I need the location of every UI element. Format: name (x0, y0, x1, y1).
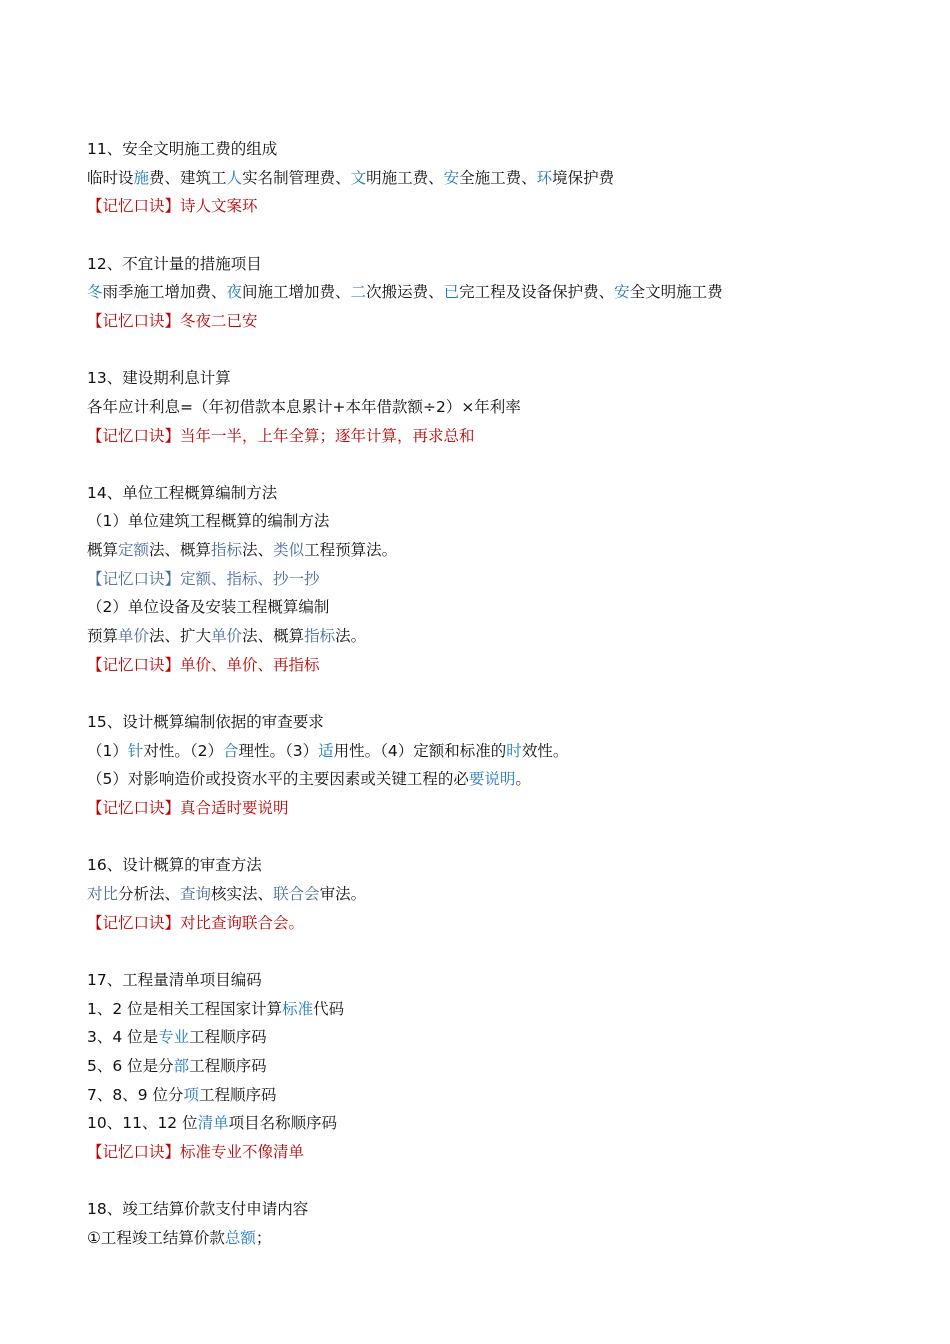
highlighted-text: 定额 (118, 541, 149, 559)
mnemonic-line: 【记忆口诀】定额、指标、抄一抄 (87, 565, 887, 594)
highlighted-text: 类似 (273, 541, 304, 559)
text-segment: 17、工程量清单项目编码 (87, 971, 262, 989)
text-segment: 10、11、12 位 (87, 1114, 198, 1132)
text-segment: 用性。（4）定额和标准的 (334, 742, 507, 760)
highlighted-text: 查询 (180, 885, 211, 903)
section-14: 14、单位工程概算编制方法（1）单位建筑工程概算的编制方法概算定额法、概算指标法… (87, 479, 887, 680)
body-line: 对比分析法、查询核实法、联合会审法。 (87, 880, 887, 909)
text-segment: 5、6 位是分 (87, 1057, 174, 1075)
body-line: 冬雨季施工增加费、夜间施工增加费、二次搬运费、已完工程及设备保护费、安全文明施工… (87, 278, 887, 307)
text-segment: 法、 (242, 541, 273, 559)
section-13: 13、建设期利息计算各年应计利息=（年初借款本息累计+本年借款额÷2）×年利率【… (87, 364, 887, 450)
text-segment: 概算 (87, 541, 118, 559)
text-segment: （5）对影响造价或投资水平的主要因素或关键工程的必 (87, 770, 469, 788)
text-segment: 15、设计概算编制依据的审查要求 (87, 713, 324, 731)
section-title: 14、单位工程概算编制方法 (87, 479, 887, 508)
text-segment: （1）单位建筑工程概算的编制方法 (87, 512, 329, 530)
text-segment: 实名制管理费、 (242, 169, 351, 187)
body-line: ①工程竣工结算价款总额； (87, 1224, 887, 1253)
body-line: 1、2 位是相关工程国家计算标准代码 (87, 995, 887, 1024)
mnemonic-line: 【记忆口诀】标准专业不像清单 (87, 1138, 887, 1167)
highlighted-text: 清单 (198, 1114, 229, 1132)
mnemonic-line: 【记忆口诀】单价、单价、再指标 (87, 651, 887, 680)
text-segment: 雨季施工增加费、 (103, 283, 227, 301)
highlighted-text: 环 (537, 169, 553, 187)
section-17: 17、工程量清单项目编码1、2 位是相关工程国家计算标准代码3、4 位是专业工程… (87, 966, 887, 1167)
section-title: 16、设计概算的审查方法 (87, 851, 887, 880)
section-title: 15、设计概算编制依据的审查要求 (87, 708, 887, 737)
mnemonic-text: 【记忆口诀】当年一半，上年全算；逐年计算，再求总和 (87, 427, 475, 445)
text-segment: （2）单位设备及安装工程概算编制 (87, 598, 329, 616)
body-line: （5）对影响造价或投资水平的主要因素或关键工程的必要说明。 (87, 765, 887, 794)
body-line: 预算单价法、扩大单价法、概算指标法。 (87, 622, 887, 651)
text-segment: 境保护费 (552, 169, 614, 187)
mnemonic-line: 【记忆口诀】冬夜二已安 (87, 307, 887, 336)
text-segment: 16、设计概算的审查方法 (87, 856, 262, 874)
document-page: 11、安全文明施工费的组成临时设施费、建筑工人实名制管理费、文明施工费、安全施工… (87, 135, 887, 1281)
highlighted-text: 时 (506, 742, 522, 760)
highlighted-text: 单价 (118, 627, 149, 645)
mnemonic-text: 【记忆口诀】标准专业不像清单 (87, 1143, 304, 1161)
text-segment: 次搬运费、 (366, 283, 444, 301)
text-segment: 法、概算 (242, 627, 304, 645)
section-15: 15、设计概算编制依据的审查要求（1）针对性。（2）合理性。（3）适用性。（4）… (87, 708, 887, 823)
section-11: 11、安全文明施工费的组成临时设施费、建筑工人实名制管理费、文明施工费、安全施工… (87, 135, 887, 221)
mnemonic-text: 【记忆口诀】诗人文案环 (87, 197, 258, 215)
text-segment: 11、安全文明施工费的组成 (87, 140, 277, 158)
text-segment: 临时设 (87, 169, 134, 187)
text-segment: 3、4 位是 (87, 1028, 158, 1046)
mnemonic-text: 【记忆口诀】对比查询联合会。 (87, 914, 304, 932)
body-line: 各年应计利息=（年初借款本息累计+本年借款额÷2）×年利率 (87, 393, 887, 422)
highlighted-text: 联合会 (273, 885, 320, 903)
mnemonic-line: 【记忆口诀】真合适时要说明 (87, 794, 887, 823)
text-segment: 审法。 (320, 885, 367, 903)
text-segment: ①工程竣工结算价款 (87, 1229, 225, 1247)
highlighted-text: 单价 (211, 627, 242, 645)
text-segment: 代码 (313, 1000, 344, 1018)
section-title: 13、建设期利息计算 (87, 364, 887, 393)
text-segment: 14、单位工程概算编制方法 (87, 484, 277, 502)
section-12: 12、不宜计量的措施项目冬雨季施工增加费、夜间施工增加费、二次搬运费、已完工程及… (87, 250, 887, 336)
highlighted-text: 专业 (158, 1028, 189, 1046)
subsection-title: （2）单位设备及安装工程概算编制 (87, 593, 887, 622)
highlighted-text: 施 (134, 169, 150, 187)
body-line: 概算定额法、概算指标法、类似工程预算法。 (87, 536, 887, 565)
subsection-title: （1）单位建筑工程概算的编制方法 (87, 507, 887, 536)
text-segment: 分析法、 (118, 885, 180, 903)
text-segment: 全施工费、 (459, 169, 537, 187)
text-segment: 1、2 位是相关工程国家计算 (87, 1000, 282, 1018)
text-segment: 各年应计利息=（年初借款本息累计+本年借款额÷2）×年利率 (87, 398, 521, 416)
text-segment: 法、扩大 (149, 627, 211, 645)
text-segment: 费、建筑工 (149, 169, 227, 187)
text-segment: 全文明施工费 (630, 283, 723, 301)
text-segment: 工程预算法。 (304, 541, 397, 559)
mnemonic-text: 【记忆口诀】冬夜二已安 (87, 312, 258, 330)
highlighted-text: 对比 (87, 885, 118, 903)
text-segment: （1） (87, 742, 128, 760)
highlighted-text: 人 (227, 169, 243, 187)
section-title: 17、工程量清单项目编码 (87, 966, 887, 995)
mnemonic-line: 【记忆口诀】当年一半，上年全算；逐年计算，再求总和 (87, 422, 887, 451)
highlighted-text: 部 (174, 1057, 190, 1075)
highlighted-text: 安 (444, 169, 460, 187)
body-line: 10、11、12 位清单项目名称顺序码 (87, 1109, 887, 1138)
text-segment: 项目名称顺序码 (229, 1114, 338, 1132)
text-segment: 工程顺序码 (189, 1057, 267, 1075)
body-line: （1）针对性。（2）合理性。（3）适用性。（4）定额和标准的时效性。 (87, 737, 887, 766)
highlighted-text: 项 (184, 1086, 200, 1104)
text-segment: 核实法、 (211, 885, 273, 903)
text-segment: 18、竣工结算价款支付申请内容 (87, 1200, 308, 1218)
section-title: 12、不宜计量的措施项目 (87, 250, 887, 279)
highlighted-text: 适 (318, 742, 334, 760)
section-18: 18、竣工结算价款支付申请内容①工程竣工结算价款总额； (87, 1195, 887, 1252)
highlighted-text: 针 (128, 742, 144, 760)
text-segment: 间施工增加费、 (242, 283, 351, 301)
highlighted-text: 合 (223, 742, 239, 760)
mnemonic-text: 【记忆口诀】真合适时要说明 (87, 799, 289, 817)
text-segment: 法。 (335, 627, 366, 645)
highlighted-text: 标准 (282, 1000, 313, 1018)
highlighted-text: 指标 (211, 541, 242, 559)
text-segment: 工程顺序码 (199, 1086, 277, 1104)
highlighted-text: 安 (614, 283, 630, 301)
text-segment: 13、建设期利息计算 (87, 369, 231, 387)
section-title: 11、安全文明施工费的组成 (87, 135, 887, 164)
body-line: 5、6 位是分部工程顺序码 (87, 1052, 887, 1081)
body-line: 临时设施费、建筑工人实名制管理费、文明施工费、安全施工费、环境保护费 (87, 164, 887, 193)
highlighted-text: 冬 (87, 283, 103, 301)
section-16: 16、设计概算的审查方法对比分析法、查询核实法、联合会审法。【记忆口诀】对比查询… (87, 851, 887, 937)
text-segment: 预算 (87, 627, 118, 645)
highlighted-text: 要说明 (469, 770, 516, 788)
text-segment: 法、概算 (149, 541, 211, 559)
highlighted-text: 文 (351, 169, 367, 187)
text-segment: 12、不宜计量的措施项目 (87, 255, 262, 273)
highlighted-text: 夜 (227, 283, 243, 301)
highlighted-text: 总额 (225, 1229, 256, 1247)
mnemonic-text: 【记忆口诀】单价、单价、再指标 (87, 656, 320, 674)
highlighted-text: 已 (444, 283, 460, 301)
body-line: 3、4 位是专业工程顺序码 (87, 1023, 887, 1052)
section-title: 18、竣工结算价款支付申请内容 (87, 1195, 887, 1224)
text-segment: 工程顺序码 (189, 1028, 267, 1046)
body-line: 7、8、9 位分项工程顺序码 (87, 1081, 887, 1110)
mnemonic-line: 【记忆口诀】对比查询联合会。 (87, 909, 887, 938)
highlighted-text: 指标 (304, 627, 335, 645)
mnemonic-text: 【记忆口诀】定额、指标、抄一抄 (87, 570, 320, 588)
text-segment: 完工程及设备保护费、 (459, 283, 614, 301)
text-segment: 理性。（3） (239, 742, 319, 760)
mnemonic-line: 【记忆口诀】诗人文案环 (87, 192, 887, 221)
text-segment: 明施工费、 (366, 169, 444, 187)
text-segment: 对性。（2） (143, 742, 223, 760)
highlighted-text: 二 (351, 283, 367, 301)
text-segment: 效性。 (522, 742, 569, 760)
text-segment: 7、8、9 位分 (87, 1086, 184, 1104)
text-segment: 。 (515, 770, 531, 788)
text-segment: ； (256, 1229, 272, 1247)
